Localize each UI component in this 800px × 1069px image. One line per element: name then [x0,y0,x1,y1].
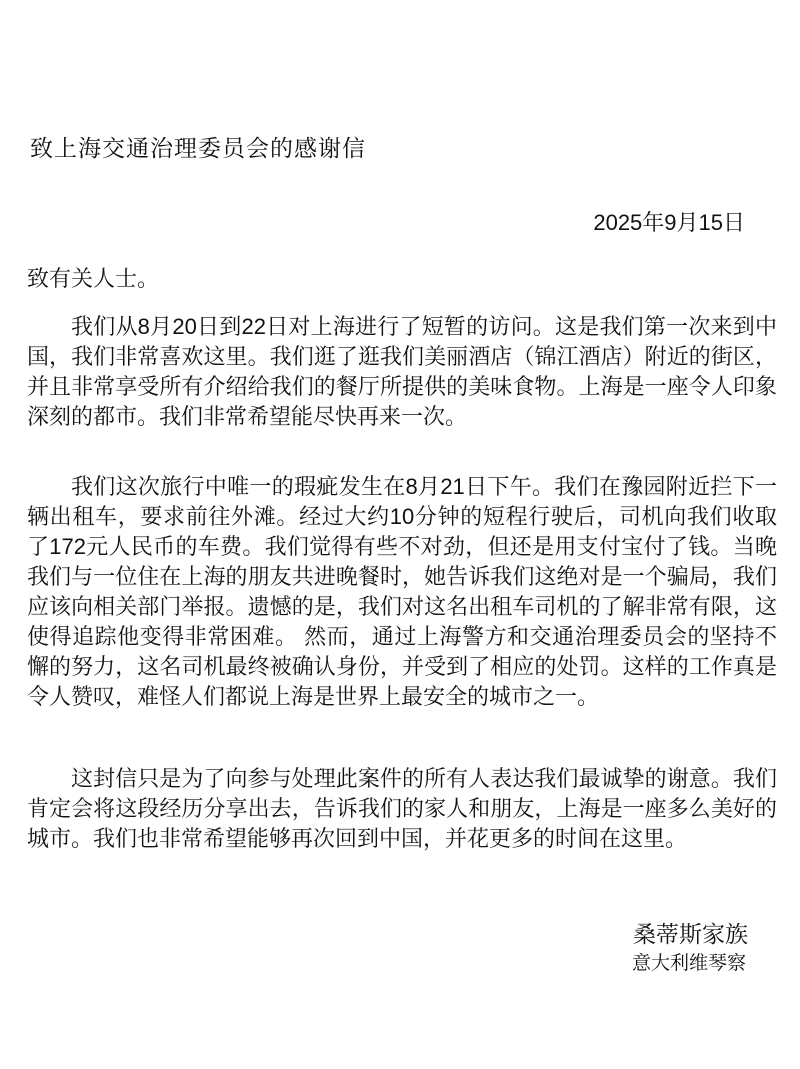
letter-paragraph-visit: 我们从8月20日到22日对上海进行了短暂的访问。这是我们第一次来到中国，我们非常… [27,312,777,432]
signature-name: 桑蒂斯家族 [633,916,748,949]
letter-date: 2025年9月15日 [593,206,745,237]
letter-page: 致上海交通治理委员会的感谢信 2025年9月15日 致有关人士。 我们从8月20… [0,0,800,1069]
signature-location: 意大利维琴察 [632,948,746,975]
letter-paragraph-incident: 我们这次旅行中唯一的瑕疵发生在8月21日下午。我们在豫园附近拦下一辆出租车，要求… [27,472,777,712]
letter-paragraph-thanks: 这封信只是为了向参与处理此案件的所有人表达我们最诚挚的谢意。我们肯定会将这段经历… [27,764,777,854]
letter-salutation: 致有关人士。 [27,262,159,293]
letter-title: 致上海交通治理委员会的感谢信 [30,130,366,163]
